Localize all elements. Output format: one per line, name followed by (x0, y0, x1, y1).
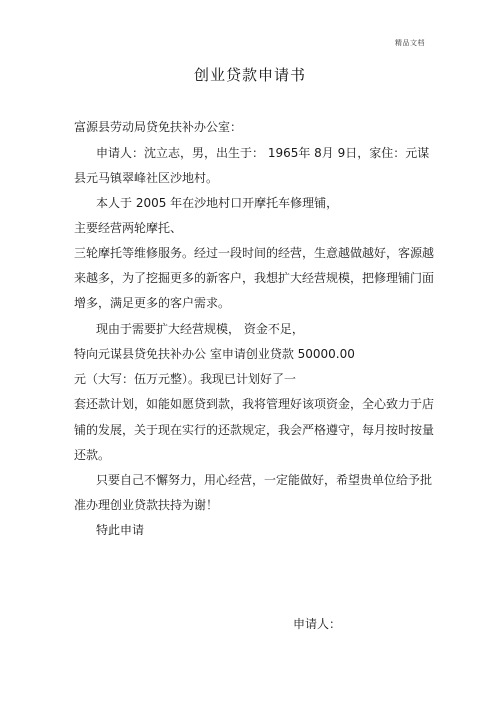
body-line: 增多，满足更多的客户需求。 (74, 296, 230, 310)
body-line: 特向元谋县贷免扶补办公 室申请创业贷款 50000.00 (74, 347, 355, 361)
body-line: 三轮摩托等维修服务。经过一段时间的经营，生意越做越好，客源越 (74, 246, 434, 260)
closing-line: 特此申请 (96, 523, 144, 537)
body-line: 主要经营两轮摩托、 (74, 221, 182, 235)
salutation: 富源县劳动局贷免扶补办公室： (74, 120, 242, 134)
body-line: 只要自己不懈努力，用心经营，一定能做好，希望贵单位给予批 (96, 473, 432, 487)
body-line: 现由于需要扩大经营规模， 资金不足， (96, 322, 304, 336)
signature-label: 申请人： (293, 617, 341, 631)
body-line: 申请人：沈立志，男，出生于： 1965年 8月 9日，家住：元谋 (96, 146, 429, 160)
body-line: 铺的发展，关于现在实行的还款规定，我会严格遵守，每月按时按量 (74, 423, 434, 437)
body-line: 县元马镇翠峰社区沙地村。 (74, 171, 218, 185)
body-line: 本人于 2005 年在沙地村口开摩托车修理铺， (96, 196, 338, 210)
body-line: 准办理创业贷款扶持为谢！ (74, 498, 218, 512)
body-line: 元（大写：伍万元整）。我现已计划好了一 (74, 372, 296, 386)
body-line: 来越多，为了挖掘更多的新客户，我想扩大经营规模，把修理铺门面 (74, 271, 434, 285)
header-watermark: 精品文档 (395, 38, 425, 48)
body-line: 套还款计划，如能如愿贷到款，我将管理好该项资金，全心致力于店 (74, 397, 434, 411)
body-line: 还款。 (74, 448, 110, 462)
document-title: 创业贷款申请书 (0, 64, 500, 85)
